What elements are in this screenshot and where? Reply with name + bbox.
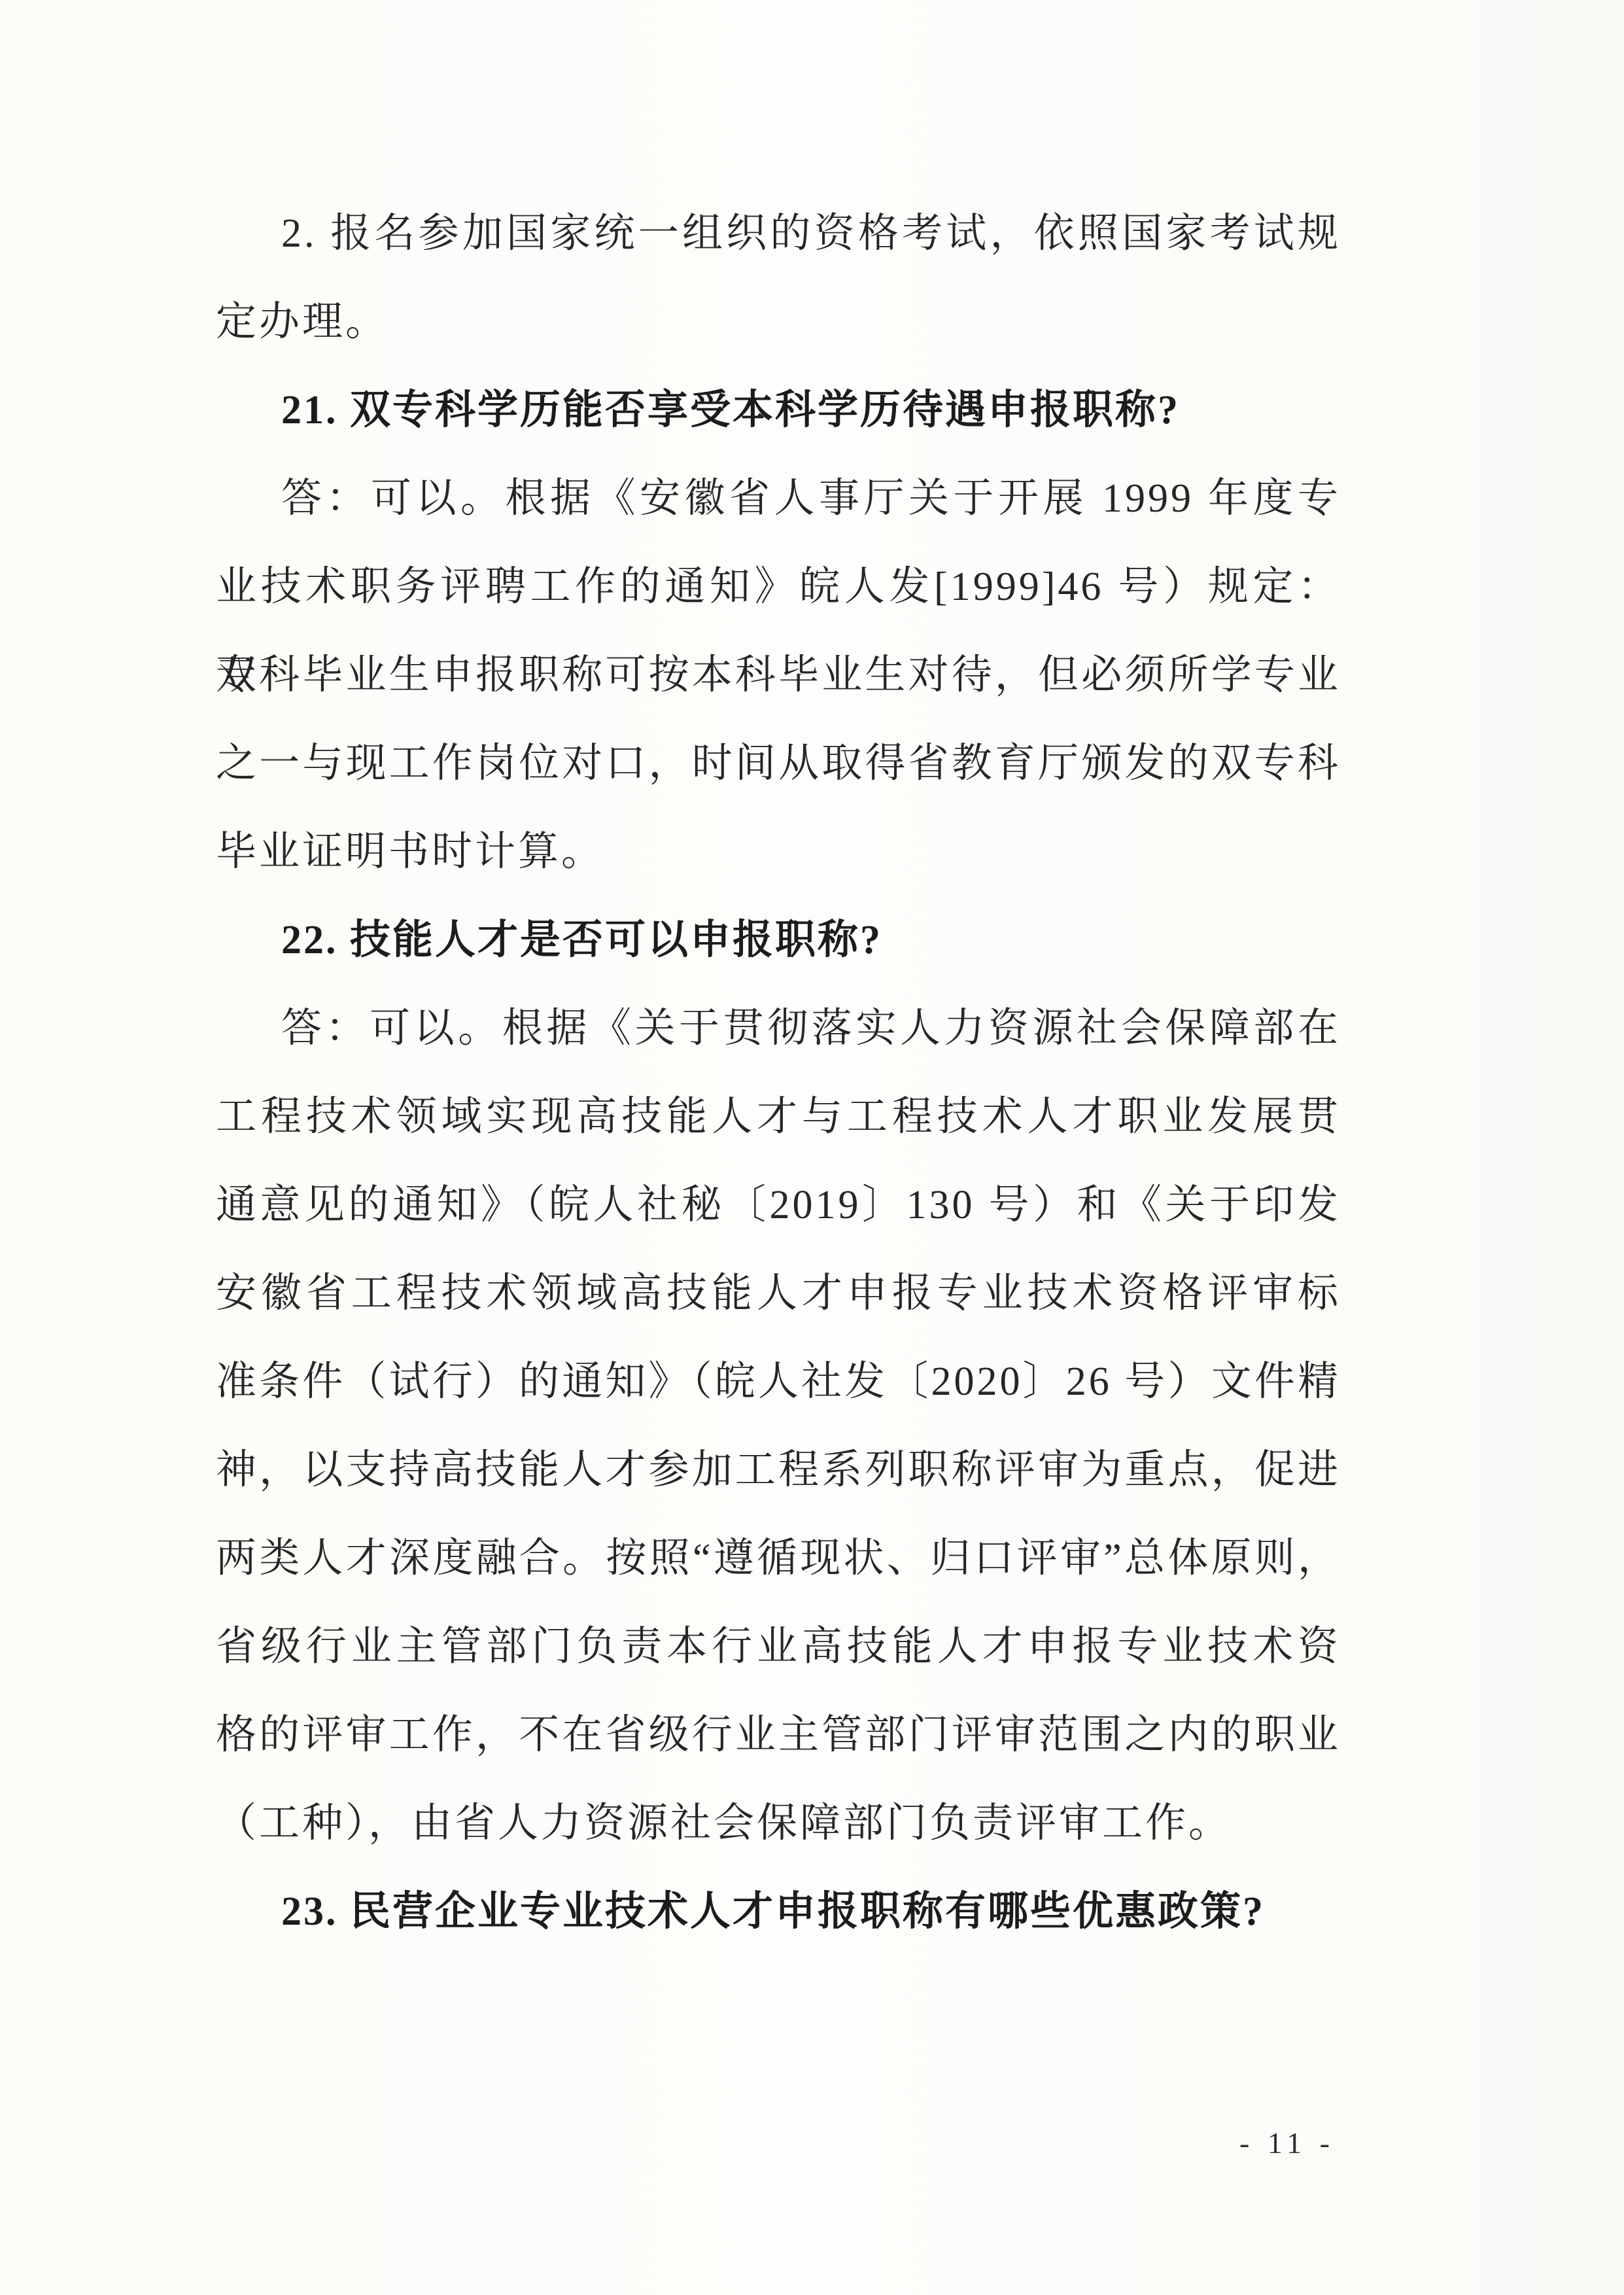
text-line: 安徽省工程技术领域高技能人才申报专业技术资格评审标 (216, 1250, 1341, 1338)
document-page: 2. 报名参加国家统一组织的资格考试，依照国家考试规定办理。21. 双专科学历能… (0, 0, 1624, 2295)
text-line: 通意见的通知》（皖人社秘〔2019〕130 号）和《关于印发 (216, 1161, 1341, 1250)
text-line: 答：可以。根据《安徽省人事厅关于开展 1999 年度专 (216, 455, 1341, 543)
text-line: 两类人才深度融合。按照“遵循现状、归口评审”总体原则， (216, 1515, 1341, 1603)
text-line: 定办理。 (216, 278, 1341, 366)
question-heading-line: 22. 技能人才是否可以申报职称? (216, 896, 1341, 985)
text-line: 准条件（试行）的通知》（皖人社发〔2020〕26 号）文件精 (216, 1338, 1341, 1426)
page-number: - 11 - (1239, 2123, 1335, 2164)
text-line: 答：可以。根据《关于贯彻落实人力资源社会保障部在 (216, 985, 1341, 1073)
text-line: 工程技术领域实现高技能人才与工程技术人才职业发展贯 (216, 1073, 1341, 1161)
text-line: 专科毕业生申报职称可按本科毕业生对待，但必须所学专业 (216, 631, 1341, 720)
question-heading-line: 21. 双专科学历能否享受本科学历待遇申报职称? (216, 366, 1341, 455)
text-block: 2. 报名参加国家统一组织的资格考试，依照国家考试规定办理。21. 双专科学历能… (216, 190, 1341, 1956)
text-line: （工种），由省人力资源社会保障部门负责评审工作。 (216, 1779, 1341, 1868)
text-line: 业技术职务评聘工作的通知》皖人发[1999]46 号）规定：双 (216, 543, 1341, 631)
text-line: 省级行业主管部门负责本行业高技能人才申报专业技术资 (216, 1603, 1341, 1691)
question-heading-line: 23. 民营企业专业技术人才申报职称有哪些优惠政策? (216, 1868, 1341, 1956)
text-line: 神，以支持高技能人才参加工程系列职称评审为重点，促进 (216, 1426, 1341, 1515)
text-line: 格的评审工作，不在省级行业主管部门评审范围之内的职业 (216, 1691, 1341, 1779)
text-line: 之一与现工作岗位对口，时间从取得省教育厅颁发的双专科 (216, 720, 1341, 808)
text-line: 2. 报名参加国家统一组织的资格考试，依照国家考试规 (216, 190, 1341, 278)
text-line: 毕业证明书时计算。 (216, 808, 1341, 896)
